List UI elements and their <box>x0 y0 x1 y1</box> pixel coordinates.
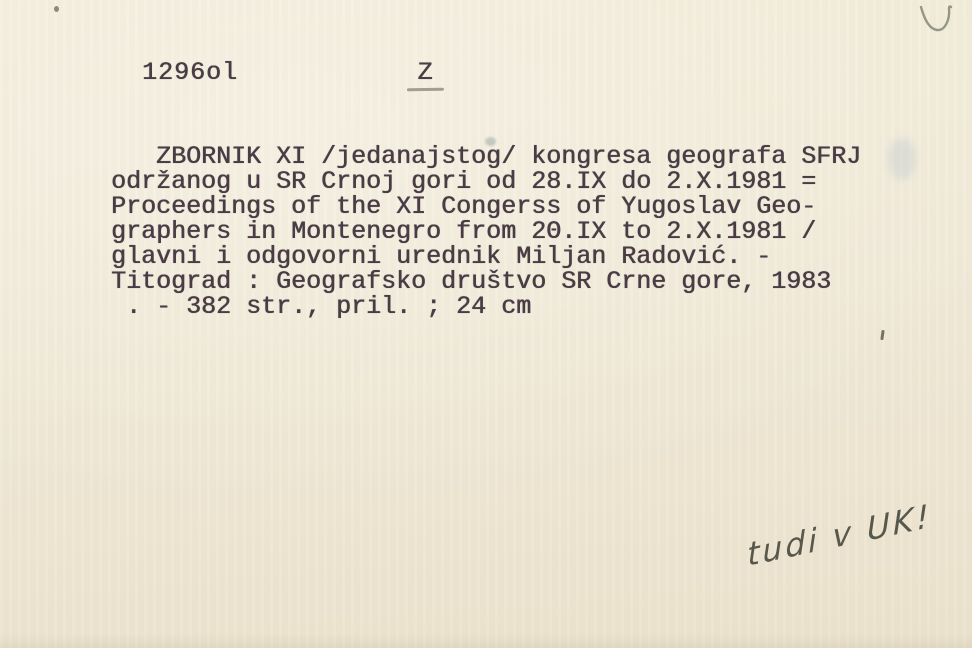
entry-line: . - 382 str., pril. ; 24 cm <box>111 294 861 319</box>
entry-line: ZBORNIK XI /jedanajstog/ kongresa geogra… <box>111 144 861 169</box>
checkmark-pen-mark <box>916 4 962 40</box>
stray-pen-mark <box>880 330 884 340</box>
entry-line: održanog u SR Crnoj gori od 28.IX do 2.X… <box>111 169 861 194</box>
heading-underline <box>407 88 444 92</box>
entry-line: graphers in Montenegro from 2Θ.IX to 2.X… <box>111 219 861 244</box>
entry-line: Titograd : Geografsko društvo SR Crne go… <box>111 269 861 294</box>
faint-ink-smudge <box>888 138 916 180</box>
entry-line: Proceedings of the XI Congerss of Yugosl… <box>111 194 861 219</box>
ink-speck <box>54 6 59 12</box>
entry-line: glavni i odgovorni urednik Miljan Radovi… <box>111 244 861 269</box>
heading-letter: Z <box>403 58 447 87</box>
catalog-card: 1296ol Z ZBORNIK XI /jedanajstog/ kongre… <box>0 0 972 648</box>
catalog-entry: ZBORNIK XI /jedanajstog/ kongresa geogra… <box>111 144 861 319</box>
ink-smudge <box>485 137 496 146</box>
call-number: 1296ol <box>142 58 238 87</box>
handwritten-note: tudi v UK! <box>747 496 933 574</box>
